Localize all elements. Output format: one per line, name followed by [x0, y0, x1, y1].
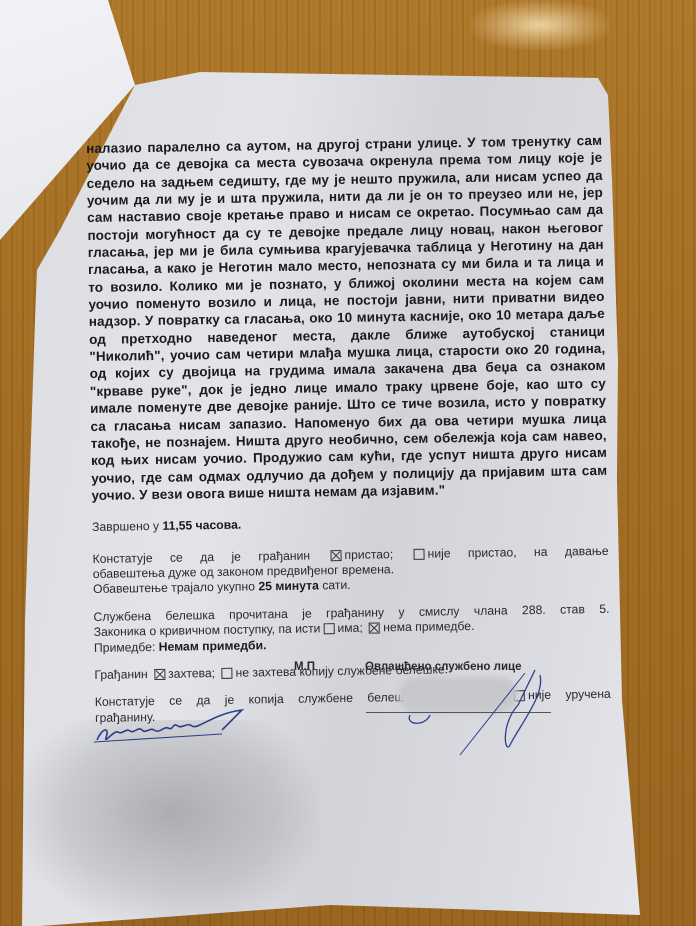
checkbox-no-remarks-checked[interactable]: [369, 623, 380, 634]
citizen-signature-icon: [92, 700, 262, 745]
signature-area: М.П Овлашћено службено лице: [80, 655, 600, 765]
consent-section: Констатује се да је грађанин пристао; ни…: [92, 543, 609, 597]
reading-section: Службена белешка прочитана је грађанину …: [93, 602, 610, 656]
checkbox-agreed-checked[interactable]: [330, 550, 341, 561]
seal-label: М.П: [294, 661, 315, 673]
document-body: налазио паралелно са аутом, на другој ст…: [86, 132, 611, 726]
remarks-value: Немам примедби.: [159, 638, 267, 654]
statement-paragraph: налазио паралелно са аутом, на другој ст…: [86, 132, 608, 504]
checkbox-not-agreed[interactable]: [413, 548, 424, 559]
duration-value: 25 минута: [258, 579, 319, 594]
checkbox-has-remarks[interactable]: [323, 623, 334, 634]
light-glare: [470, 0, 610, 50]
officer-signature-icon: [400, 665, 560, 760]
completed-time-value: 11,55 часова.: [162, 518, 241, 533]
